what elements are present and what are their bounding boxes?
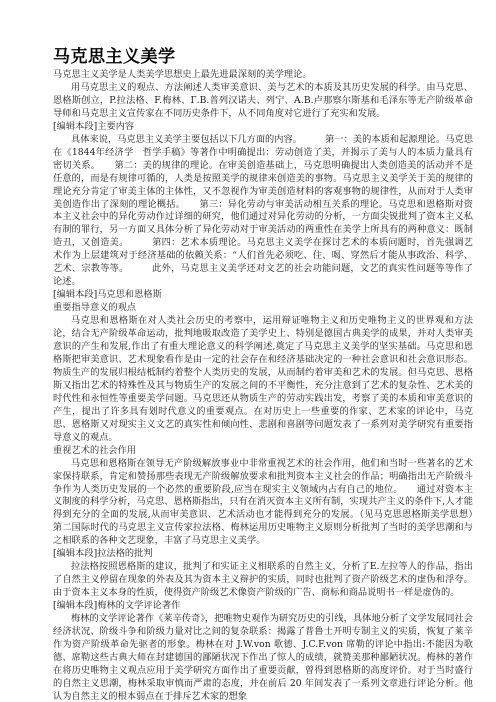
- document-page: 马克思主义美学 马克思主义美学是人类美学思想史上最先进最深刻的美学理论。用马克思…: [53, 46, 473, 702]
- paragraph: 具体来说，马克思主义美学主要包括以下几方面的内容。 第一：美的本质和起源理论。马…: [53, 134, 473, 289]
- section-heading: [编辑本段]拉法格的批判: [53, 548, 473, 561]
- paragraph: 马克思主义美学是人类美学思想史上最先进最深刻的美学理论。: [53, 69, 473, 82]
- paragraph: 用马克思主义的观点、方法阐述人类审美意识、美与艺术的本质及其历史发展的科学。由马…: [53, 82, 473, 121]
- document-body: 马克思主义美学是人类美学思想史上最先进最深刻的美学理论。用马克思主义的观点、方法…: [53, 69, 473, 702]
- section-heading: [编辑本段]梅林的文学评论著作: [53, 600, 473, 613]
- paragraph: 马克思和恩格斯在领导无产阶级解放事业中非常重视艺术的社会作用，他们和当时一些著名…: [53, 458, 473, 549]
- document-title: 马克思主义美学: [53, 46, 473, 68]
- section-heading: 重视艺术的社会作用: [53, 445, 473, 458]
- paragraph: 梅林的文学评论著作《莱辛传奇》，把唯物史观作为研究历史的引线，具体地分析了文学发…: [53, 613, 473, 702]
- section-heading: [编辑本段]马克思和恩格斯: [53, 289, 473, 302]
- section-heading: [编辑本段]主要内容: [53, 121, 473, 134]
- section-heading: 重要指导意义的观点: [53, 302, 473, 315]
- paragraph: 马克思和恩格斯在对人类社会历史的考察中，运用辩证唯物主义和历史唯物主义的世界观和…: [53, 315, 473, 445]
- paragraph: 拉法格按照恩格斯的建议，批判了和实证主义相联系的自然主义，分析了E.左拉等人的作…: [53, 561, 473, 600]
